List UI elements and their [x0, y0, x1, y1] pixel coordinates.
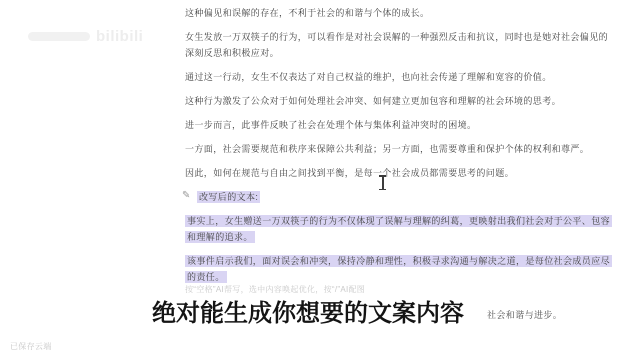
cloud-save-status: 已保存云端 [10, 341, 52, 352]
paragraph[interactable]: 女生发放一万双筷子的行为，可以看作是对社会误解的一种强烈反击和抗议，同时也是她对… [185, 29, 613, 61]
paragraph[interactable]: 这种偏见和误解的存在，不利于社会的和谐与个体的成长。 [185, 5, 613, 21]
text-cursor-icon [378, 175, 387, 190]
paragraph[interactable]: 因此，如何在规范与自由之间找到平衡，是每一个社会成员都需要思考的问题。 [185, 165, 613, 181]
bilibili-logo: bilibili [96, 28, 143, 45]
subtitle-text: 绝对能生成你想要的文案内容 [152, 299, 464, 327]
rewrite-label-row[interactable]: ✎ 改写后的文本: [185, 189, 613, 205]
paragraph[interactable]: 这种行为激发了公众对于如何处理社会冲突、如何建立更加包容和理解的社会环境的思考。 [185, 93, 613, 109]
document-body[interactable]: 这种偏见和误解的存在，不利于社会的和谐与个体的成长。 女生发放一万双筷子的行为，… [185, 5, 613, 293]
paragraph-highlighted[interactable]: 事实上，女生赠送一万双筷子的行为不仅体现了误解与理解的纠葛，更映射出我们社会对于… [185, 213, 613, 245]
paragraph[interactable]: 一方面，社会需要规范和秩序来保障公共利益；另一方面，也需要尊重和保护个体的权利和… [185, 141, 613, 157]
video-watermark: bilibili [28, 26, 143, 46]
pencil-icon: ✎ [182, 190, 191, 202]
paragraph[interactable]: 进一步而言，此事件反映了社会在处理个体与集体利益冲突时的困境。 [185, 117, 613, 133]
watermark-username-blur [28, 32, 90, 41]
editor-page: bilibili 这种偏见和误解的存在，不利于社会的和谐与个体的成长。 女生发放… [0, 0, 640, 360]
rewrite-label: 改写后的文本: [197, 191, 260, 203]
paragraph[interactable]: 通过这一行动，女生不仅表达了对自己权益的维护，也向社会传递了理解和宽容的价值。 [185, 69, 613, 85]
video-subtitle-overlay: 绝对能生成你想要的文案内容 [0, 294, 640, 330]
paragraph-highlighted[interactable]: 该事件启示我们，面对误会和冲突，保持冷静和理性，积极寻求沟通与解决之道，是每位社… [185, 253, 613, 285]
